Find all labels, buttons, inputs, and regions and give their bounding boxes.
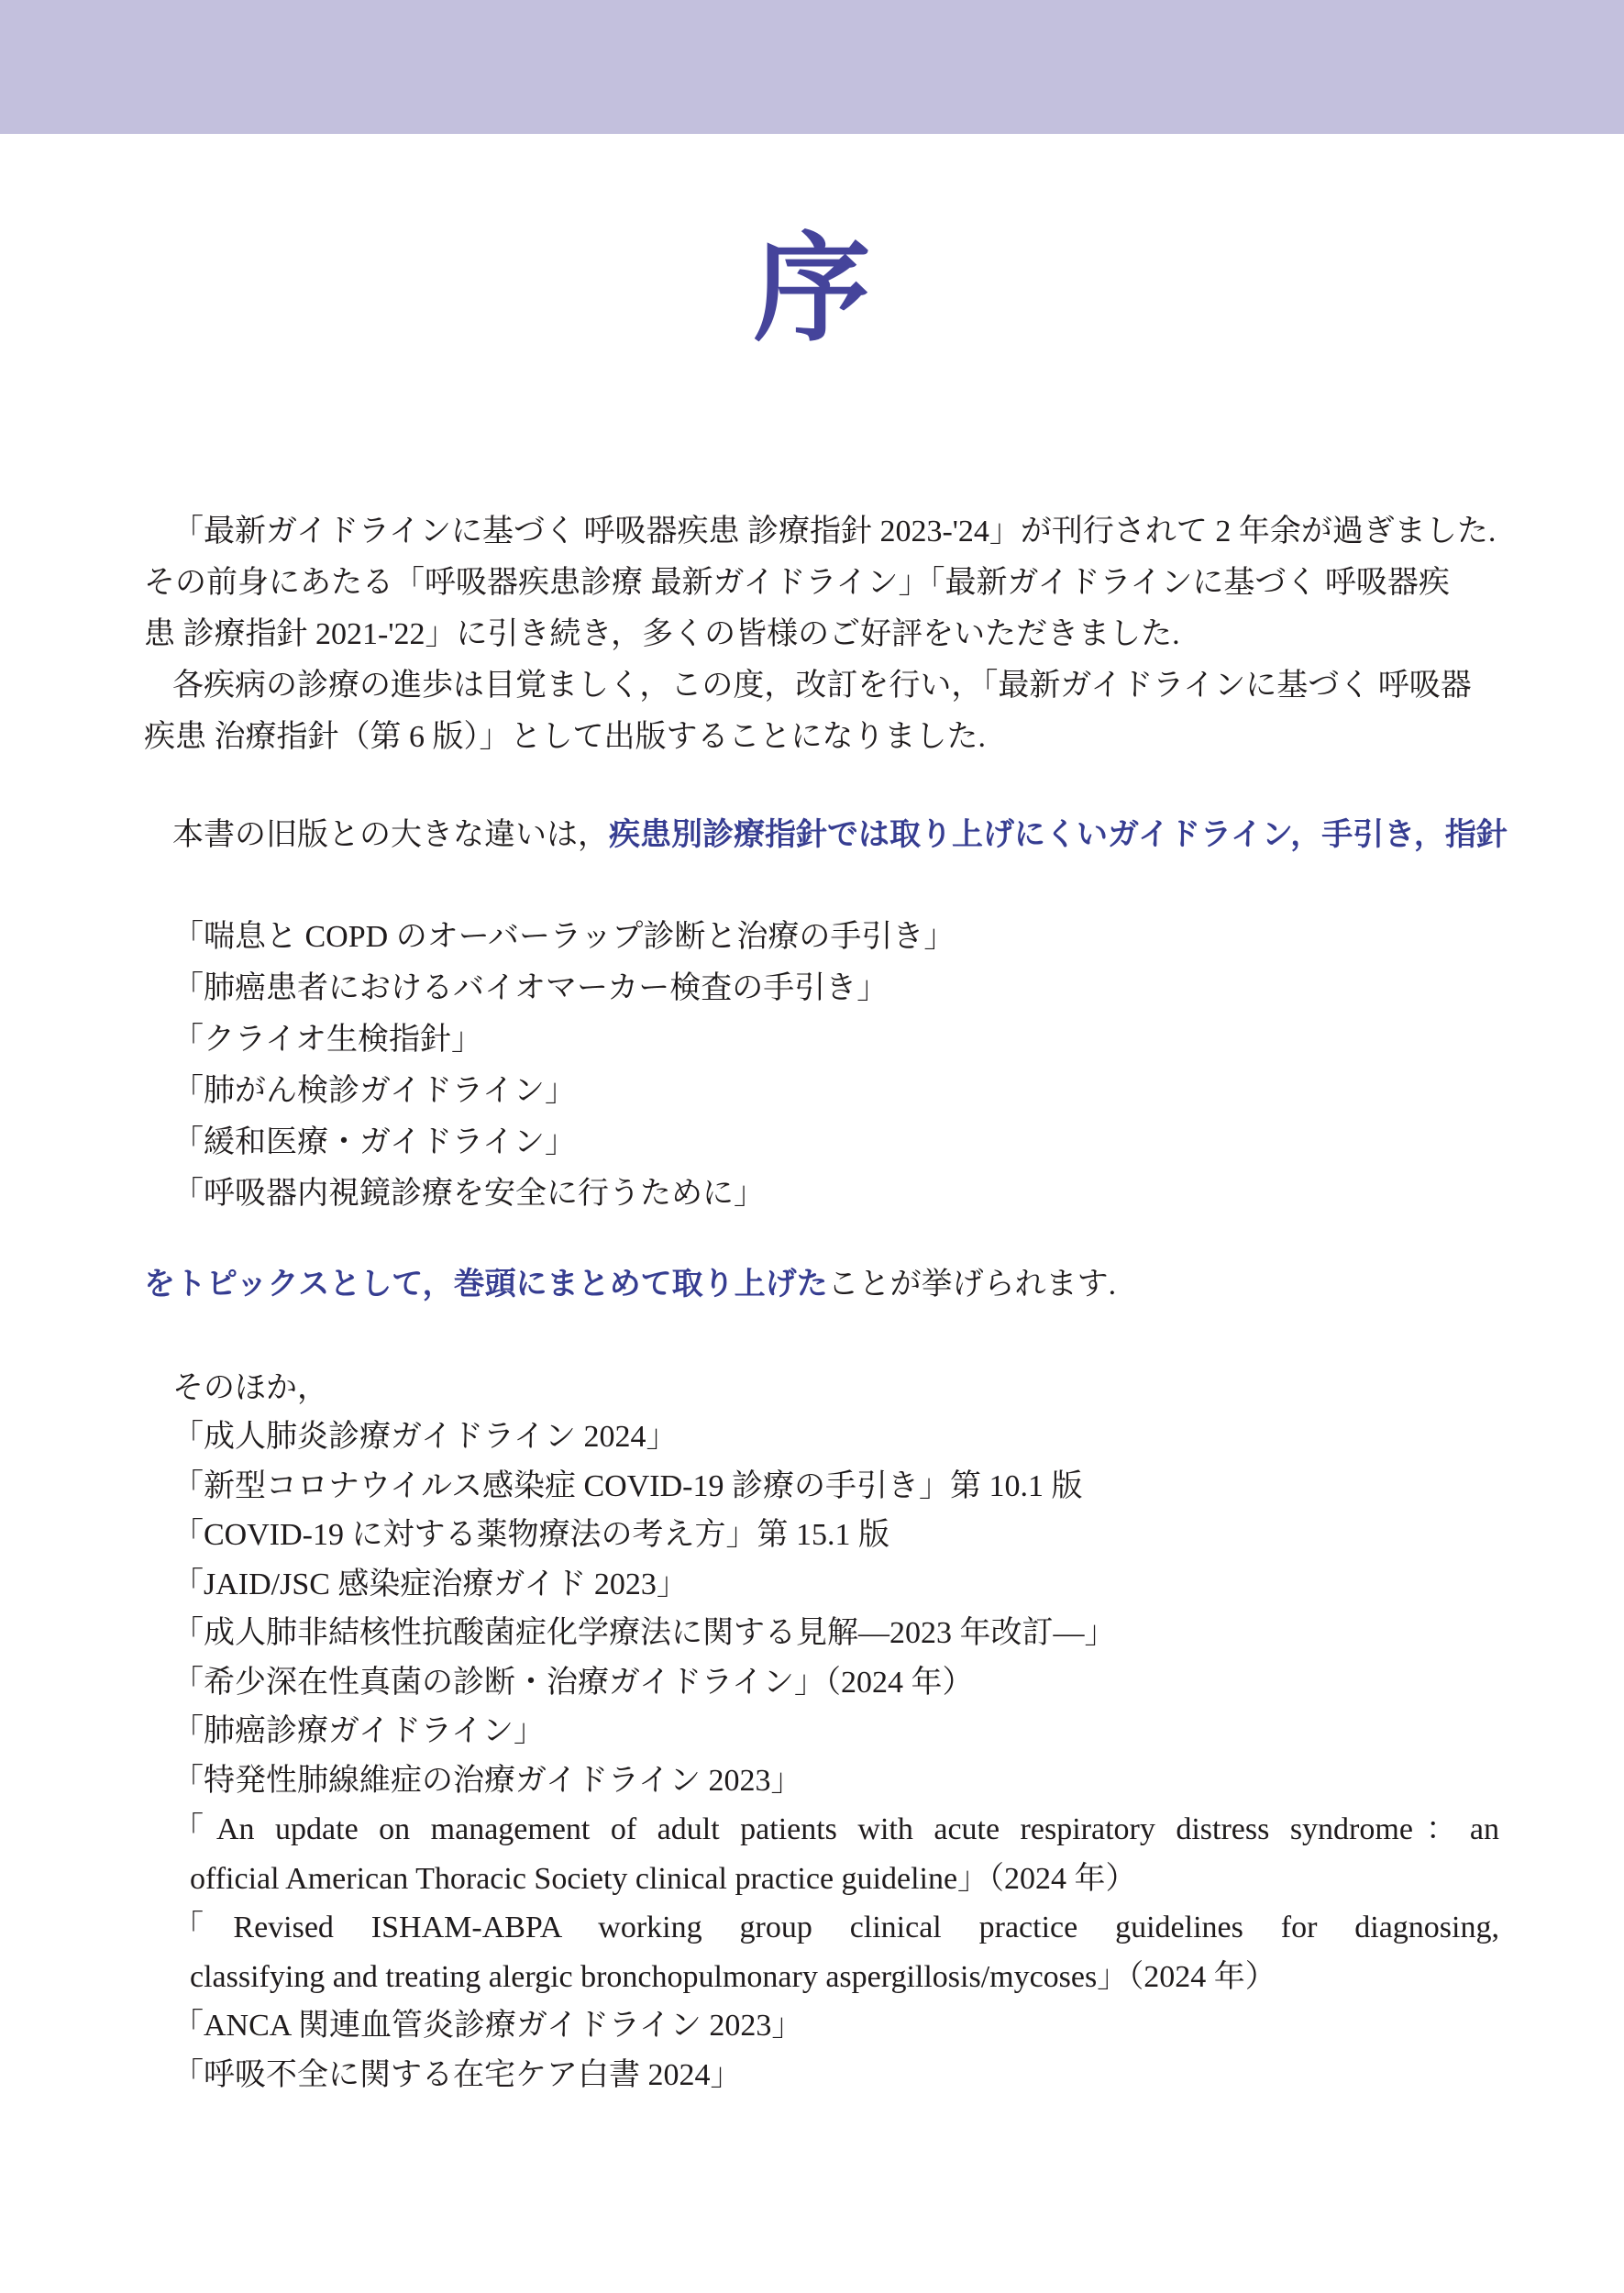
- list-item: 「成人肺非結核性抗酸菌症化学療法に関する見解―2023 年改訂―」: [144, 1609, 1499, 1658]
- highlight-intro-black: 本書の旧版との大きな違いは，: [172, 818, 609, 852]
- highlight-outro-blue: をトピックスとして，巻頭にまとめて取り上げた: [144, 1267, 828, 1302]
- highlight-intro-line: 本書の旧版との大きな違いは，疾患別診療指針では取り上げにくいガイドライン，手引き…: [144, 809, 1499, 861]
- intro-paragraphs: 「最新ガイドラインに基づく 呼吸器疾患 診療指針 2023-'24」が刊行されて…: [144, 506, 1499, 763]
- list-item: 「肺癌患者におけるバイオマーカー検査の手引き」: [144, 963, 1499, 1014]
- list-item: 「喘息と COPD のオーバーラップ診断と治療の手引き」: [144, 912, 1499, 963]
- list-item-continuation: official American Thoracic Society clini…: [144, 1855, 1499, 1904]
- topics-list: 「喘息と COPD のオーバーラップ診断と治療の手引き」 「肺癌患者におけるバイ…: [144, 912, 1499, 1220]
- list-item: 「JAID/JSC 感染症治療ガイド 2023」: [144, 1560, 1499, 1610]
- list-item: 「呼吸器内視鏡診療を安全に行うために」: [144, 1169, 1499, 1220]
- list-item: 「Revised ISHAM-ABPA working group clinic…: [144, 1903, 1499, 1953]
- highlight-outro-line: をトピックスとして，巻頭にまとめて取り上げたことが挙げられます.: [144, 1258, 1499, 1311]
- list-item: 「クライオ生検指針」: [144, 1014, 1499, 1066]
- highlight-outro-black: ことが挙げられます.: [828, 1268, 1117, 1302]
- list-item: 「ANCA 関連血管炎診療ガイドライン 2023」: [144, 2001, 1499, 2051]
- list-item: 「肺癌診療ガイドライン」: [144, 1707, 1499, 1756]
- list-item: 「希少深在性真菌の診断・治療ガイドライン」（2024 年）: [144, 1658, 1499, 1708]
- list-item: 「COVID-19 に対する薬物療法の考え方」第 15.1 版: [144, 1511, 1499, 1560]
- sonohoka-line: そのほか，: [144, 1363, 1499, 1414]
- list-item: 「肺がん検診ガイドライン」: [144, 1066, 1499, 1117]
- page-title: 序: [0, 227, 1624, 356]
- body-line: 疾患 治療指針（第 6 版）」として出版することになりました.: [144, 712, 1499, 763]
- list-item-continuation: classifying and treating alergic broncho…: [144, 1953, 1499, 2002]
- list-item: 「特発性肺線維症の治療ガイドライン 2023」: [144, 1756, 1499, 1806]
- highlight-intro-blue: 疾患別診療指針では取り上げにくいガイドライン，手引き，指針: [609, 817, 1508, 852]
- list-item: 「緩和医療・ガイドライン」: [144, 1117, 1499, 1169]
- list-item: 「新型コロナウイルス感染症 COVID-19 診療の手引き」第 10.1 版: [144, 1462, 1499, 1512]
- body-line: 患 診療指針 2021-'22」に引き続き，多くの皆様のご好評をいただきました.: [144, 609, 1499, 660]
- others-list: 「成人肺炎診療ガイドライン 2024」 「新型コロナウイルス感染症 COVID-…: [144, 1412, 1499, 2099]
- list-item: 「成人肺炎診療ガイドライン 2024」: [144, 1412, 1499, 1462]
- list-item: 「呼吸不全に関する在宅ケア白書 2024」: [144, 2051, 1499, 2100]
- body-line: その前身にあたる「呼吸器疾患診療 最新ガイドライン」「最新ガイドラインに基づく …: [144, 558, 1499, 609]
- preface-page: { "page": { "title": "序", "band_color": …: [0, 0, 1624, 2293]
- body-line: 「最新ガイドラインに基づく 呼吸器疾患 診療指針 2023-'24」が刊行されて…: [144, 506, 1499, 558]
- body-line: 各疾病の診療の進歩は目覚ましく，この度，改訂を行い，「最新ガイドラインに基づく …: [144, 660, 1499, 712]
- header-band: [0, 0, 1624, 134]
- list-item: 「An update on management of adult patien…: [144, 1805, 1499, 1855]
